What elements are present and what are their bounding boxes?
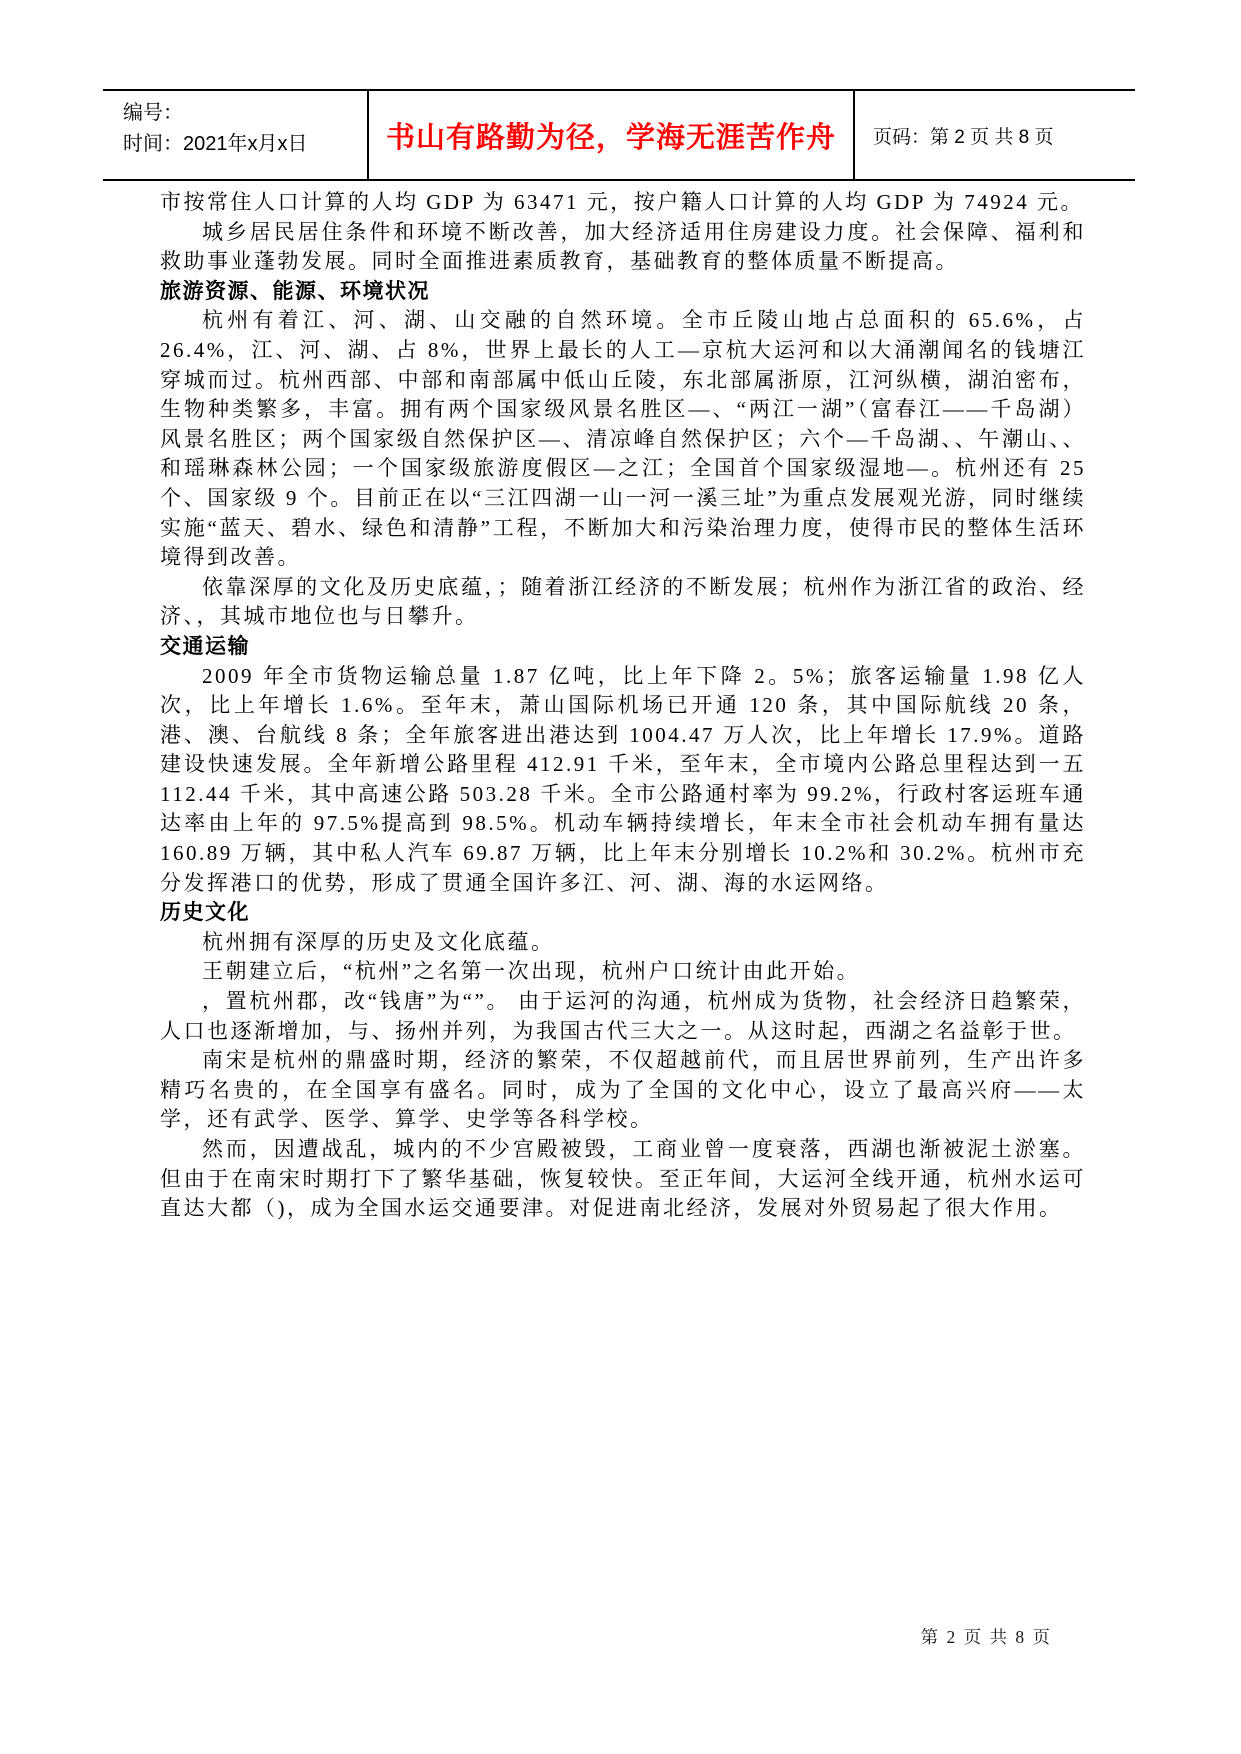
paragraph: 市按常住人口计算的人均 GDP 为 63471 元，按户籍人口计算的人均 GDP… — [160, 188, 1086, 218]
section-heading: 交通运输 — [160, 632, 1086, 662]
header-page-cell: 页码：第 2 页 共 8 页 — [853, 91, 1135, 179]
paragraph: 杭州拥有深厚的历史及文化底蕴。 — [160, 928, 1086, 958]
header-table: 编号： 时间：2021年x月x日 书山有路勤为径，学海无涯苦作舟 页码：第 2 … — [103, 89, 1135, 181]
paragraph: 依靠深厚的文化及历史底蕴，；随着浙江经济的不断发展；杭州作为浙江省的政治、经济、… — [160, 573, 1086, 632]
header-slogan-cell: 书山有路勤为径，学海无涯苦作舟 — [367, 91, 853, 179]
header-page-info: 页码：第 2 页 共 8 页 — [873, 122, 1054, 149]
document-body: 市按常住人口计算的人均 GDP 为 63471 元，按户籍人口计算的人均 GDP… — [160, 188, 1086, 1224]
page-footer: 第 2 页 共 8 页 — [921, 1624, 1052, 1649]
header-number-label: 编号： — [123, 98, 367, 129]
header-slogan-text: 书山有路勤为径，学海无涯苦作舟 — [386, 115, 836, 156]
section-heading: 历史文化 — [160, 898, 1086, 928]
footer-page-number: 第 2 页 共 8 页 — [921, 1627, 1052, 1647]
paragraph: 然而，因遭战乱，城内的不少宫殿被毁，工商业曾一度衰落，西湖也渐被泥土淤塞。但由于… — [160, 1135, 1086, 1224]
paragraph: 杭州有着江、河、湖、山交融的自然环境。全市丘陵山地占总面积的 65.6%，占 2… — [160, 306, 1086, 572]
header-meta-cell: 编号： 时间：2021年x月x日 — [103, 91, 367, 179]
section-heading: 旅游资源、能源、环境状况 — [160, 277, 1086, 307]
paragraph: 南宋是杭州的鼎盛时期，经济的繁荣，不仅超越前代，而且居世界前列，生产出许多精巧名… — [160, 1046, 1086, 1135]
paragraph: ，置杭州郡，改“钱唐”为“”。 由于运河的沟通，杭州成为货物，社会经济日趋繁荣，… — [160, 987, 1086, 1046]
header-date-label: 时间：2021年x月x日 — [123, 129, 367, 160]
paragraph: 王朝建立后，“杭州”之名第一次出现，杭州户口统计由此开始。 — [160, 957, 1086, 987]
paragraph: 城乡居民居住条件和环境不断改善，加大经济适用住房建设力度。社会保障、福利和救助事… — [160, 218, 1086, 277]
paragraph: 2009 年全市货物运输总量 1.87 亿吨，比上年下降 2。5%；旅客运输量 … — [160, 662, 1086, 899]
